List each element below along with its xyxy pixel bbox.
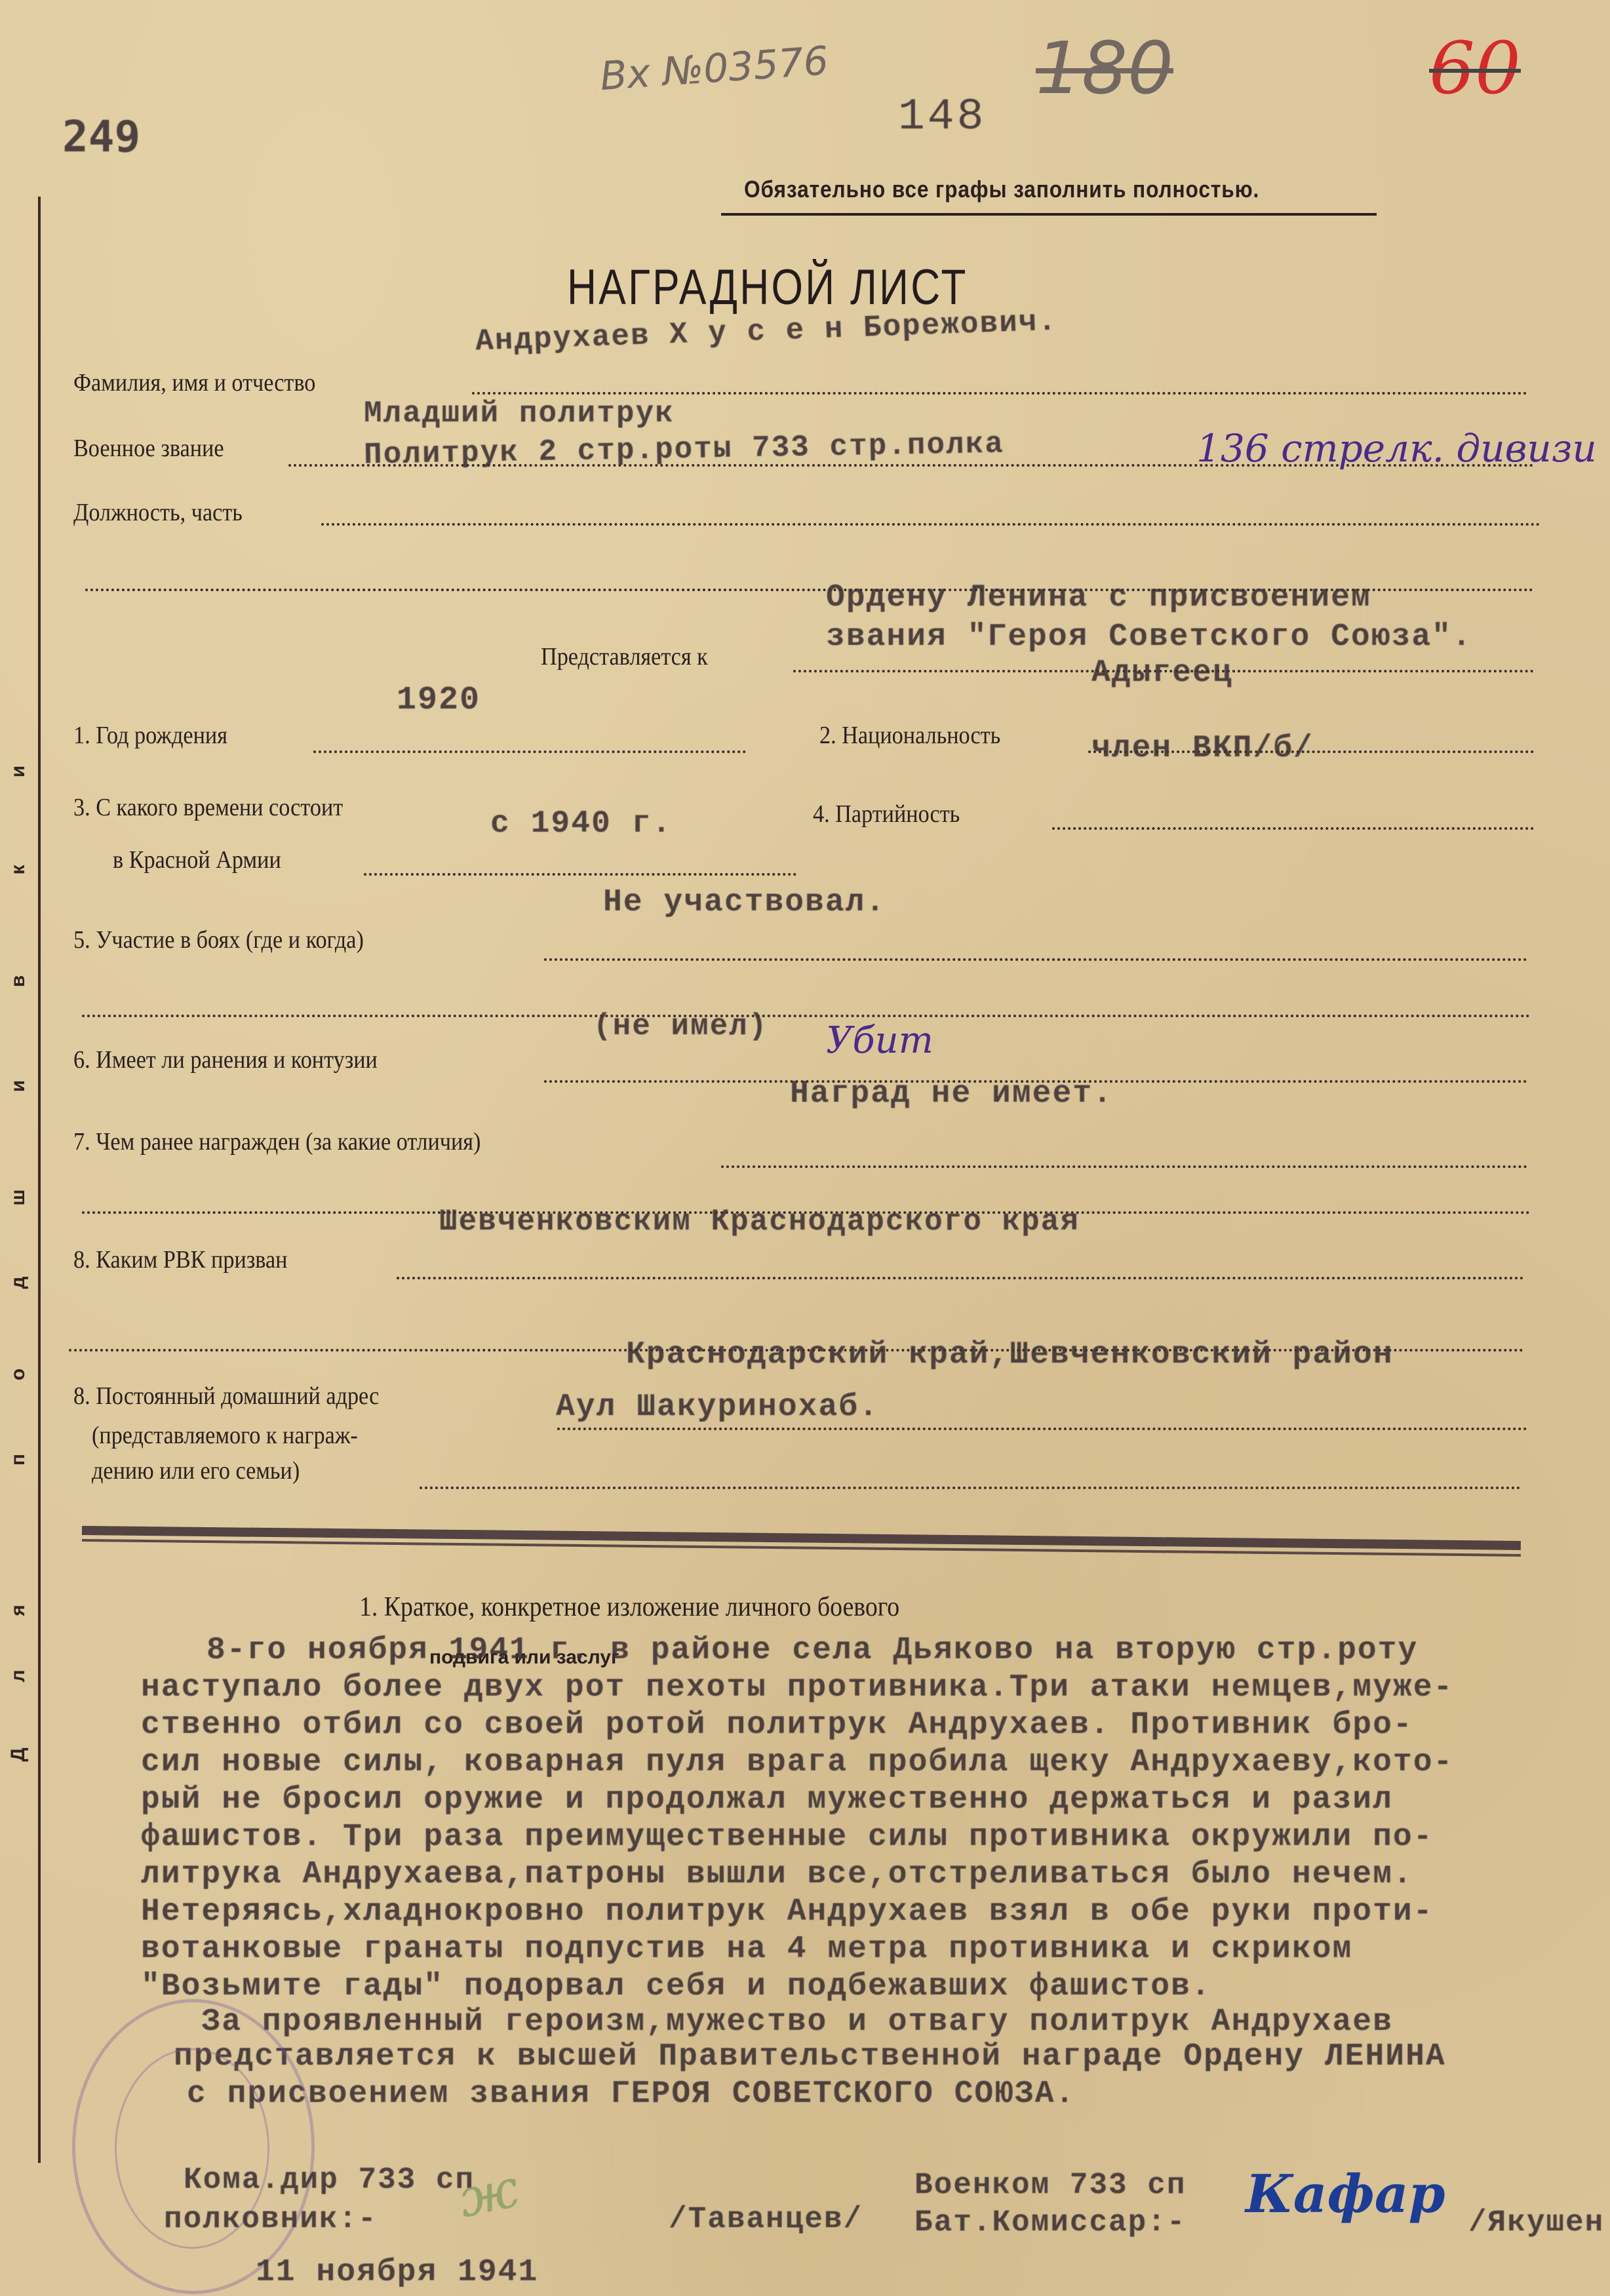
nominated-value-1: Ордену Ленина с присвоением	[826, 580, 1371, 615]
prior-awards-value: Наград не имеет.	[790, 1076, 1113, 1112]
instruction-text: Обязательно все графы заполнить полность…	[744, 176, 1259, 203]
commander-title-2: полковник:-	[164, 2202, 378, 2236]
service-value: с 1940 г.	[490, 806, 672, 842]
battles-line-2	[82, 1015, 1531, 1017]
nationality-label: 2. Национальность	[819, 721, 1000, 750]
nationality-value: Адыгеец	[1091, 655, 1233, 691]
page-title: НАГРАДНОЙ ЛИСТ	[567, 259, 968, 316]
position-label: Должность, часть	[73, 498, 243, 527]
birth-year-line	[313, 750, 746, 753]
wounds-handwritten: Убит	[826, 1019, 933, 1062]
address-line	[557, 1428, 1527, 1430]
service-label-2: в Красной Армии	[113, 846, 281, 874]
instruction-underline	[721, 213, 1377, 216]
crossed-number: 180	[1036, 26, 1173, 110]
narrative-line: "Возьмите гады" подорвал себя и подбежав…	[141, 1968, 1609, 2006]
red-number: 60	[1429, 26, 1521, 110]
rank-label: Военное звание	[73, 434, 224, 463]
narrative-line: с присвоением звания ГЕРОЯ СОВЕТСКОГО СО…	[141, 2076, 1609, 2113]
birth-year-label: 1. Год рождения	[73, 721, 227, 750]
document-date: 11 ноября 1941	[256, 2255, 538, 2290]
rvk-value: Шевченковским Краснодарского края	[439, 1205, 1080, 1239]
incoming-number: Вх №03576	[599, 38, 830, 100]
margin-rule	[38, 197, 41, 2163]
party-label: 4. Партийность	[813, 800, 960, 828]
nominated-label: Представляется к	[541, 642, 708, 671]
nominated-value-2: звания "Героя Советского Союза".	[826, 619, 1472, 655]
commissar-signature: Кафар	[1246, 2163, 1445, 2225]
wounds-value: (не имел)	[593, 1009, 768, 1043]
commander-signature: ж	[453, 2158, 524, 2230]
narrative-line: наступало более двух рот пехоты противни…	[141, 1669, 1609, 1707]
narrative-line: 8-го ноября 1941 г. в районе села Дьяков…	[141, 1632, 1609, 1669]
commander-title-1: Кома.дир 733 сп	[184, 2163, 475, 2197]
commissar-title-2: Бат.Комиссар:-	[914, 2206, 1186, 2240]
rank-value: Младший политрук	[364, 397, 675, 431]
battles-line	[544, 958, 1527, 961]
commissar-name: /Якушен	[1468, 2206, 1604, 2240]
narrative-line: вотанковые гранаты подпустив на 4 метра …	[141, 1931, 1609, 1968]
address-value-1: Краснодарский край,Шевченковский район	[626, 1337, 1394, 1372]
narrative-line: фашистов. Три раза преимущественные силы…	[141, 1819, 1609, 1856]
address-line-2	[420, 1487, 1521, 1489]
page-number: 148	[898, 92, 986, 142]
address-label-3: дению или его семьи)	[92, 1456, 300, 1485]
narrative-line: ственно отбил со своей ротой политрук Ан…	[141, 1707, 1609, 1744]
rvk-line	[397, 1277, 1524, 1279]
narrative-line: представляется к высшей Правительственно…	[141, 2038, 1609, 2076]
narrative-line: рый не бросил оружие и продолжал мужеств…	[141, 1781, 1609, 1819]
party-line	[1052, 827, 1534, 830]
commander-name: /Таванцев/	[669, 2202, 863, 2236]
address-label-2: (представляемого к награж-	[92, 1421, 358, 1450]
address-value-2: Аул Шакуринохаб.	[556, 1390, 879, 1425]
rvk-label: 8. Каким РВК призван	[73, 1245, 287, 1274]
wounds-label: 6. Имеет ли ранения и контузии	[73, 1045, 378, 1074]
birth-year-value: 1920	[397, 682, 481, 719]
party-value: член ВКП/б/	[1091, 731, 1314, 766]
narrative-line: За проявленный героизм,мужество и отвагу…	[141, 2006, 1609, 2038]
address-label-1: 8. Постоянный домашний адрес	[73, 1382, 379, 1411]
full-name-label: Фамилия, имя и отчество	[73, 368, 315, 397]
position-handwritten: 136 стрелк. дивизи	[1196, 426, 1597, 471]
battles-label: 5. Участие в боях (где и когда)	[73, 925, 364, 954]
sheet-number: 249	[62, 111, 140, 162]
prior-awards-line	[721, 1165, 1527, 1168]
narrative-line: литрука Андрухаева,патроны вышли все,отс…	[141, 1856, 1609, 1894]
commissar-title-1: Военком 733 сп	[914, 2168, 1186, 2202]
position-line	[321, 523, 1541, 526]
narrative-line: Нетеряясь,хладнокровно политрук Андрухае…	[141, 1894, 1609, 1931]
service-label-1: 3. С какого времени состоит	[73, 793, 343, 822]
narrative-line: сил новые силы, коварная пуля врага проб…	[141, 1744, 1609, 1781]
full-name-line	[472, 392, 1527, 395]
narrative-heading: 1. Краткое, конкретное изложение личного…	[359, 1591, 899, 1623]
prior-awards-label: 7. Чем ранее награжден (за какие отличия…	[73, 1127, 481, 1156]
service-line	[364, 873, 796, 876]
narrative-body: 8-го ноября 1941 г. в районе села Дьяков…	[141, 1632, 1609, 2113]
battles-value: Не участвовал.	[603, 885, 886, 920]
